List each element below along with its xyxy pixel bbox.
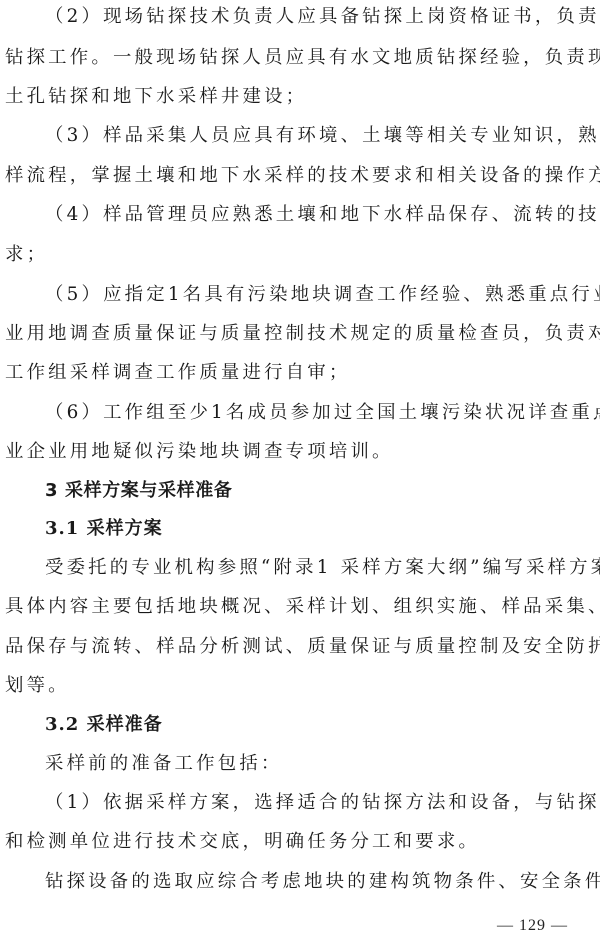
sampling-plan-line-1: 受委托的专业机构参照“附录1 采样方案大纲”编写采样方案， — [45, 555, 600, 581]
sampling-plan-line-3: 品保存与流转、样品分析测试、质量保证与质量控制及安全防护计 — [5, 634, 600, 660]
paragraph-3-line-1: （3）样品采集人员应具有环境、土壤等相关专业知识，熟悉采 — [45, 123, 600, 149]
subsection-heading-3-2: 3.2 采样准备 — [45, 712, 163, 738]
paragraph-6-line-2: 业企业用地疑似污染地块调查专项培训。 — [5, 439, 394, 465]
paragraph-3-line-2: 样流程，掌握土壤和地下水采样的技术要求和相关设备的操作方法； — [5, 163, 600, 189]
paragraph-5-line-3: 工作组采样调查工作质量进行自审； — [5, 360, 350, 386]
page-number: — 129 — — [497, 917, 568, 935]
paragraph-2-line-3: 土孔钻探和地下水采样井建设； — [5, 84, 307, 110]
paragraph-4-line-2: 求； — [5, 242, 48, 268]
paragraph-4-line-1: （4）样品管理员应熟悉土壤和地下水样品保存、流转的技术要 — [45, 202, 600, 228]
sampling-plan-line-2: 具体内容主要包括地块概况、采样计划、组织实施、样品采集、样 — [5, 594, 600, 620]
preparation-item-1-line-1: （1）依据采样方案，选择适合的钻探方法和设备，与钻探单位 — [45, 790, 600, 816]
paragraph-2-line-2: 钻探工作。一般现场钻探人员应具有水文地质钻探经验，负责现场 — [5, 45, 600, 71]
paragraph-2-line-1: （2）现场钻探技术负责人应具备钻探上岗资格证书，负责现场 — [45, 4, 600, 30]
paragraph-5-line-1: （5）应指定1名具有污染地块调查工作经验、熟悉重点行业企 — [45, 282, 600, 308]
preparation-item-1-line-2: 和检测单位进行技术交底，明确任务分工和要求。 — [5, 829, 480, 855]
drilling-equipment-line-1: 钻探设备的选取应综合考虑地块的建构筑物条件、安全条件、 — [45, 869, 600, 895]
paragraph-6-line-1: （6）工作组至少1名成员参加过全国土壤污染状况详查重点行 — [45, 400, 600, 426]
sampling-plan-line-4: 划等。 — [5, 673, 70, 699]
paragraph-5-line-2: 业用地调查质量保证与质量控制技术规定的质量检查员，负责对本 — [5, 321, 600, 347]
preparation-intro: 采样前的准备工作包括： — [45, 751, 283, 777]
section-heading: 3 采样方案与采样准备 — [45, 478, 232, 504]
subsection-heading-3-1: 3.1 采样方案 — [45, 516, 163, 542]
